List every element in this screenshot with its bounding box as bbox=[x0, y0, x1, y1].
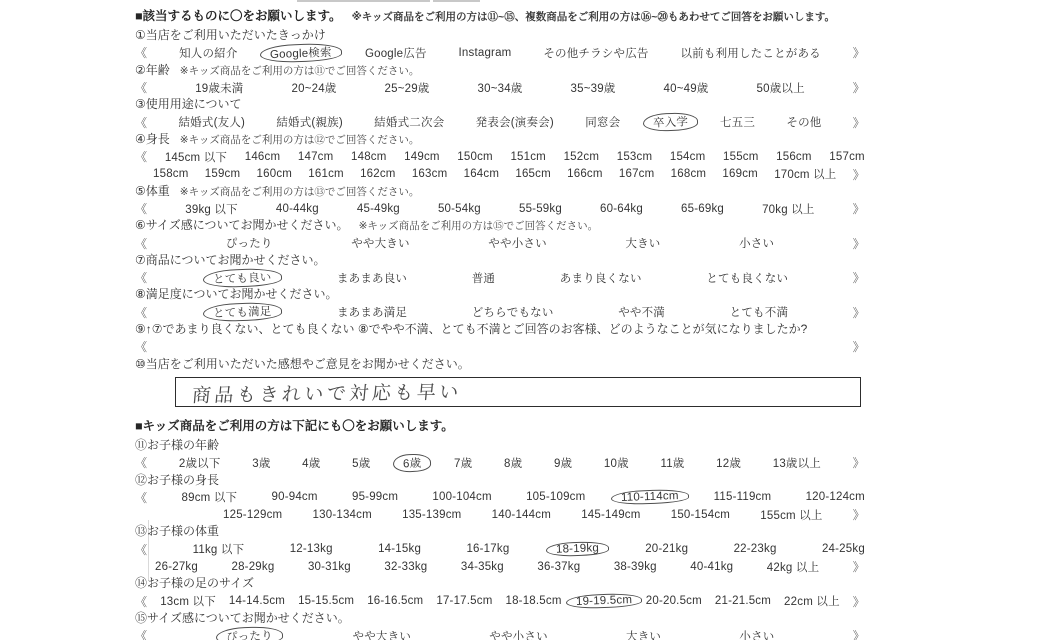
option: 170cm 以上 bbox=[774, 166, 836, 182]
close-bracket: 》 bbox=[853, 454, 865, 471]
option: 25~29歳 bbox=[385, 80, 430, 96]
option: 162cm bbox=[360, 168, 396, 180]
option: 42kg 以上 bbox=[767, 559, 820, 575]
option: 17-17.5cm bbox=[436, 595, 492, 607]
option: やや不満 bbox=[618, 304, 665, 320]
option-circled: Google検索 bbox=[260, 43, 342, 64]
q7-label: ⑦商品についてお聞かせください。 bbox=[135, 252, 865, 269]
option: 22-23kg bbox=[734, 543, 777, 555]
option: その他 bbox=[786, 114, 821, 130]
option: 2歳以下 bbox=[179, 455, 221, 471]
option: 156cm bbox=[776, 151, 812, 163]
option: 以前も利用したことがある bbox=[680, 45, 820, 61]
option: 135-139cm bbox=[402, 509, 461, 521]
q9-options-row-0: 《》 bbox=[135, 338, 865, 355]
option: 70kg 以上 bbox=[762, 201, 815, 217]
option: 19歳未満 bbox=[195, 80, 243, 96]
option: 55-59kg bbox=[519, 203, 562, 215]
open-bracket: 《 bbox=[135, 114, 147, 131]
close-bracket: 》 bbox=[853, 593, 865, 610]
option: 166cm bbox=[567, 168, 603, 180]
option: 30~34歳 bbox=[478, 80, 523, 96]
option: 21-21.5cm bbox=[715, 595, 771, 607]
option: 140-144cm bbox=[492, 509, 551, 521]
q6-label-text: ⑥サイズ感についてお聞かせください。 bbox=[135, 218, 349, 232]
option: 20-21kg bbox=[645, 543, 688, 555]
option: 38-39kg bbox=[614, 561, 657, 573]
option: 150-154cm bbox=[671, 509, 730, 521]
open-bracket: 《 bbox=[135, 593, 147, 610]
option: 大きい bbox=[626, 628, 661, 640]
option: 12歳 bbox=[716, 455, 741, 471]
option: やや小さい bbox=[489, 628, 548, 640]
open-bracket: 《 bbox=[135, 148, 147, 165]
option: 155cm 以上 bbox=[760, 507, 822, 523]
option-circled: 18-19kg bbox=[546, 541, 609, 557]
q4-note: ※キッズ商品をご利用の方は⑫でご回答ください。 bbox=[180, 134, 420, 146]
option: 90-94cm bbox=[272, 491, 318, 503]
close-bracket: 》 bbox=[853, 304, 865, 321]
open-bracket: 《 bbox=[135, 269, 147, 286]
option: 同窓会 bbox=[585, 114, 620, 130]
option-circled: とても良い bbox=[203, 267, 282, 288]
q3-options-row-0: 《結婚式(友人)結婚式(親族)結婚式二次会発表会(演奏会)同窓会卒入学七五三その… bbox=[135, 113, 865, 130]
option: 165cm bbox=[515, 168, 551, 180]
open-bracket: 《 bbox=[135, 235, 147, 252]
option: 小さい bbox=[739, 235, 774, 251]
option: 普通 bbox=[472, 270, 495, 286]
option: 大きい bbox=[625, 235, 660, 251]
close-bracket: 》 bbox=[853, 166, 865, 183]
q6-note: ※キッズ商品をご利用の方は⑮でご回答ください。 bbox=[359, 220, 599, 232]
option: 7歳 bbox=[454, 455, 472, 471]
q6-label: ⑥サイズ感についてお聞かせください。※キッズ商品をご利用の方は⑮でご回答ください… bbox=[135, 217, 865, 234]
option: 50歳以上 bbox=[757, 80, 805, 96]
option: 36-37kg bbox=[537, 561, 580, 573]
option: 14-14.5cm bbox=[229, 595, 285, 607]
option: 154cm bbox=[670, 151, 706, 163]
option: Instagram bbox=[459, 47, 512, 59]
q9-label: ⑨↑⑦であまり良くない、とても良くない ⑧でやや不満、とても不満とご回答のお客様… bbox=[135, 321, 865, 338]
q12-label-text: ⑫お子様の身長 bbox=[135, 473, 219, 487]
option: 知人の紹介 bbox=[179, 45, 238, 61]
q14-options-row-0: 《13cm 以下14-14.5cm15-15.5cm16-16.5cm17-17… bbox=[135, 593, 865, 610]
option-circled: 卒入学 bbox=[642, 112, 698, 132]
option: 45-49kg bbox=[357, 203, 400, 215]
q5-label-text: ⑤体重 bbox=[135, 184, 170, 198]
option: とても不満 bbox=[730, 304, 789, 320]
q13-options-row-1: 26-27kg28-29kg30-31kg32-33kg34-35kg36-37… bbox=[135, 558, 865, 575]
option: 160cm bbox=[257, 168, 293, 180]
option: 164cm bbox=[464, 168, 500, 180]
option-circled: 110-114cm bbox=[610, 489, 688, 506]
option: 10歳 bbox=[604, 455, 629, 471]
q9-label-text: ⑨↑⑦であまり良くない、とても良くない ⑧でやや不満、とても不満とご回答のお客様… bbox=[135, 322, 807, 336]
survey-scan: ■該当するものに〇をお願いします。※キッズ商品をご利用の方は⑪~⑮、複数商品をご… bbox=[0, 0, 1060, 640]
option: 115-119cm bbox=[714, 491, 772, 503]
option: 153cm bbox=[617, 151, 653, 163]
kids-header: ■キッズ商品をご利用の方は下記にも〇をお願いします。 bbox=[135, 411, 865, 437]
option: 15-15.5cm bbox=[298, 595, 354, 607]
option: 3歳 bbox=[252, 455, 270, 471]
handwritten-comment: 商品もきれいで対応も早い bbox=[191, 377, 463, 408]
q10-label-text: ⑩当店をご利用いただいた感想やご意見をお聞かせください。 bbox=[135, 357, 470, 371]
option: 95-99cm bbox=[352, 491, 398, 503]
option: やや大きい bbox=[353, 628, 412, 640]
option: 20-20.5cm bbox=[646, 595, 702, 607]
option: 105-109cm bbox=[526, 491, 585, 503]
q14-label: ⑭お子様の足のサイズ bbox=[135, 575, 865, 592]
option: 120-124cm bbox=[806, 491, 865, 503]
main-header-title: ■該当するものに〇をお願いします。 bbox=[135, 9, 342, 23]
q4-label: ④身長※キッズ商品をご利用の方は⑫でご回答ください。 bbox=[135, 131, 865, 148]
open-bracket: 《 bbox=[135, 541, 147, 558]
option: 結婚式(友人) bbox=[178, 114, 245, 130]
option: 125-129cm bbox=[223, 509, 282, 521]
option: 145-149cm bbox=[581, 509, 640, 521]
close-bracket: 》 bbox=[853, 200, 865, 217]
option: やや大きい bbox=[351, 235, 410, 251]
q14-label-text: ⑭お子様の足のサイズ bbox=[135, 576, 254, 590]
q1-options-row-0: 《知人の紹介Google検索Google広告Instagramその他チラシや広告… bbox=[135, 44, 865, 61]
option: 9歳 bbox=[554, 455, 572, 471]
option: ぴったり bbox=[226, 235, 273, 251]
open-bracket: 《 bbox=[135, 200, 147, 217]
option: 26-27kg bbox=[155, 561, 198, 573]
survey-content: ■該当するものに〇をお願いします。※キッズ商品をご利用の方は⑪~⑮、複数商品をご… bbox=[135, 1, 865, 640]
close-bracket: 》 bbox=[853, 114, 865, 131]
option: 20~24歳 bbox=[292, 80, 337, 96]
option: 16-17kg bbox=[466, 543, 509, 555]
q4-options-row-1: 158cm159cm160cm161cm162cm163cm164cm165cm… bbox=[135, 165, 865, 182]
option-circled: ぴったり bbox=[216, 626, 283, 640]
option: 12-13kg bbox=[290, 543, 333, 555]
option: 14-15kg bbox=[378, 543, 421, 555]
open-bracket: 《 bbox=[135, 304, 147, 321]
option: 159cm bbox=[205, 168, 241, 180]
option: 結婚式(親族) bbox=[276, 114, 343, 130]
option: 157cm bbox=[829, 151, 865, 163]
option: 130-134cm bbox=[313, 509, 372, 521]
option: 60-64kg bbox=[600, 203, 643, 215]
open-bracket: 《 bbox=[135, 79, 147, 96]
option: 13歳以上 bbox=[773, 455, 821, 471]
option: 30-31kg bbox=[308, 561, 351, 573]
q8-label-text: ⑧満足度についてお聞かせください。 bbox=[135, 287, 338, 301]
option: 40~49歳 bbox=[664, 80, 709, 96]
q13-label: ⑬お子様の体重 bbox=[135, 523, 865, 540]
option: 28-29kg bbox=[231, 561, 274, 573]
q2-options-row-0: 《19歳未満20~24歳25~29歳30~34歳35~39歳40~49歳50歳以… bbox=[135, 79, 865, 96]
option: 158cm bbox=[153, 168, 189, 180]
close-bracket: 》 bbox=[853, 235, 865, 252]
option: 167cm bbox=[619, 168, 655, 180]
q11-label-text: ⑪お子様の年齢 bbox=[135, 438, 219, 452]
q7-options-row-0: 《とても良いまあまあ良い普通あまり良くないとても良くない》 bbox=[135, 269, 865, 286]
q1-label-text: ①当店をご利用いただいたきっかけ bbox=[135, 28, 326, 42]
q3-label-text: ③使用用途について bbox=[135, 97, 242, 111]
option-circled: 19-19.5cm bbox=[565, 593, 642, 610]
q12-options-row-0: 《89cm 以下90-94cm95-99cm100-104cm105-109cm… bbox=[135, 489, 865, 506]
q10-label: ⑩当店をご利用いただいた感想やご意見をお聞かせください。 bbox=[135, 356, 865, 373]
q3-label: ③使用用途について bbox=[135, 96, 865, 113]
main-header: ■該当するものに〇をお願いします。※キッズ商品をご利用の方は⑪~⑮、複数商品をご… bbox=[135, 1, 865, 27]
q6-options-row-0: 《ぴったりやや大きいやや小さい大きい小さい》 bbox=[135, 235, 865, 252]
option: 13cm 以下 bbox=[160, 593, 216, 609]
q1-label: ①当店をご利用いただいたきっかけ bbox=[135, 27, 865, 44]
option: 161cm bbox=[308, 168, 344, 180]
q2-label-text: ②年齢 bbox=[135, 63, 170, 77]
q5-label: ⑤体重※キッズ商品をご利用の方は⑬でご回答ください。 bbox=[135, 183, 865, 200]
option: その他チラシや広告 bbox=[543, 45, 648, 61]
q13-options-row-0: 《11kg 以下12-13kg14-15kg16-17kg18-19kg20-2… bbox=[135, 541, 865, 558]
option: 151cm bbox=[510, 151, 546, 163]
option: 発表会(演奏会) bbox=[476, 114, 554, 130]
q2-note: ※キッズ商品をご利用の方は⑪でご回答ください。 bbox=[180, 65, 420, 77]
option: 22cm 以上 bbox=[784, 593, 840, 609]
option: 16-16.5cm bbox=[367, 595, 423, 607]
option: 5歳 bbox=[352, 455, 370, 471]
option-circled: とても満足 bbox=[203, 302, 282, 323]
option: 11歳 bbox=[660, 455, 684, 471]
q11-options-row-0: 《2歳以下3歳4歳5歳6歳7歳8歳9歳10歳11歳12歳13歳以上》 bbox=[135, 454, 865, 471]
option: 89cm 以下 bbox=[182, 489, 238, 505]
option: 50-54kg bbox=[438, 203, 481, 215]
close-bracket: 》 bbox=[853, 338, 865, 355]
option: 148cm bbox=[351, 151, 387, 163]
q15-label-text: ⑮サイズ感についてお聞かせください。 bbox=[135, 611, 350, 625]
option: 163cm bbox=[412, 168, 448, 180]
close-bracket: 》 bbox=[853, 79, 865, 96]
q12-label: ⑫お子様の身長 bbox=[135, 472, 865, 489]
q15-options-row-0: 《ぴったりやや大きいやや小さい大きい小さい》 bbox=[135, 627, 865, 640]
q13-label-text: ⑬お子様の体重 bbox=[135, 524, 219, 538]
option: とても良くない bbox=[706, 270, 788, 286]
main-header-note: ※キッズ商品をご利用の方は⑪~⑮、複数商品をご利用の方は⑯~⑳もあわせてご回答を… bbox=[352, 11, 835, 23]
open-bracket: 《 bbox=[135, 338, 147, 355]
q7-label-text: ⑦商品についてお聞かせください。 bbox=[135, 253, 326, 267]
option: 40-44kg bbox=[276, 203, 319, 215]
q4-options-row-0: 《145cm 以下146cm147cm148cm149cm150cm151cm1… bbox=[135, 148, 865, 165]
option: 32-33kg bbox=[384, 561, 427, 573]
close-bracket: 》 bbox=[853, 269, 865, 286]
option: 結婚式二次会 bbox=[374, 114, 444, 130]
option: 小さい bbox=[739, 628, 774, 640]
option: 149cm bbox=[404, 151, 440, 163]
option: 39kg 以下 bbox=[185, 201, 238, 217]
q15-label: ⑮サイズ感についてお聞かせください。 bbox=[135, 610, 865, 627]
q8-options-row-0: 《とても満足まあまあ満足どちらでもないやや不満とても不満》 bbox=[135, 304, 865, 321]
option: 65-69kg bbox=[681, 203, 724, 215]
comment-box[interactable]: 商品もきれいで対応も早い bbox=[175, 377, 861, 407]
option: 18-18.5cm bbox=[505, 595, 561, 607]
close-bracket: 》 bbox=[853, 627, 865, 640]
option: 147cm bbox=[298, 151, 334, 163]
option: 168cm bbox=[671, 168, 707, 180]
q5-options-row-0: 《39kg 以下40-44kg45-49kg50-54kg55-59kg60-6… bbox=[135, 200, 865, 217]
q8-label: ⑧満足度についてお聞かせください。 bbox=[135, 286, 865, 303]
option: 155cm bbox=[723, 151, 759, 163]
option: 24-25kg bbox=[822, 543, 865, 555]
option: Google広告 bbox=[365, 45, 427, 61]
option: やや小さい bbox=[488, 235, 547, 251]
close-bracket: 》 bbox=[853, 558, 865, 575]
option: 100-104cm bbox=[432, 491, 491, 503]
open-bracket: 《 bbox=[135, 44, 147, 61]
q12-options-row-1: 125-129cm130-134cm135-139cm140-144cm145-… bbox=[135, 506, 865, 523]
q5-note: ※キッズ商品をご利用の方は⑬でご回答ください。 bbox=[180, 186, 420, 198]
option: 8歳 bbox=[504, 455, 522, 471]
option: 146cm bbox=[245, 151, 281, 163]
open-bracket: 《 bbox=[135, 627, 147, 640]
option: 35~39歳 bbox=[571, 80, 616, 96]
option-circled: 6歳 bbox=[393, 453, 432, 472]
close-bracket: 》 bbox=[853, 506, 865, 523]
kids-header-title: ■キッズ商品をご利用の方は下記にも〇をお願いします。 bbox=[135, 419, 454, 433]
option: 七五三 bbox=[720, 114, 755, 130]
option: 169cm bbox=[722, 168, 758, 180]
q2-label: ②年齢※キッズ商品をご利用の方は⑪でご回答ください。 bbox=[135, 62, 865, 79]
option: 145cm 以下 bbox=[165, 149, 227, 165]
q4-label-text: ④身長 bbox=[135, 132, 170, 146]
option: 34-35kg bbox=[461, 561, 504, 573]
open-bracket: 《 bbox=[135, 454, 147, 471]
option: 150cm bbox=[457, 151, 493, 163]
option: まあまあ満足 bbox=[337, 304, 407, 320]
option: 11kg 以下 bbox=[193, 541, 245, 557]
open-bracket: 《 bbox=[135, 489, 147, 506]
option: まあまあ良い bbox=[337, 270, 407, 286]
option: どちらでもない bbox=[472, 304, 554, 320]
option: 40-41kg bbox=[690, 561, 733, 573]
option: 4歳 bbox=[302, 455, 320, 471]
close-bracket: 》 bbox=[853, 44, 865, 61]
q11-label: ⑪お子様の年齢 bbox=[135, 437, 865, 454]
option: 152cm bbox=[564, 151, 600, 163]
option: あまり良くない bbox=[560, 270, 642, 286]
